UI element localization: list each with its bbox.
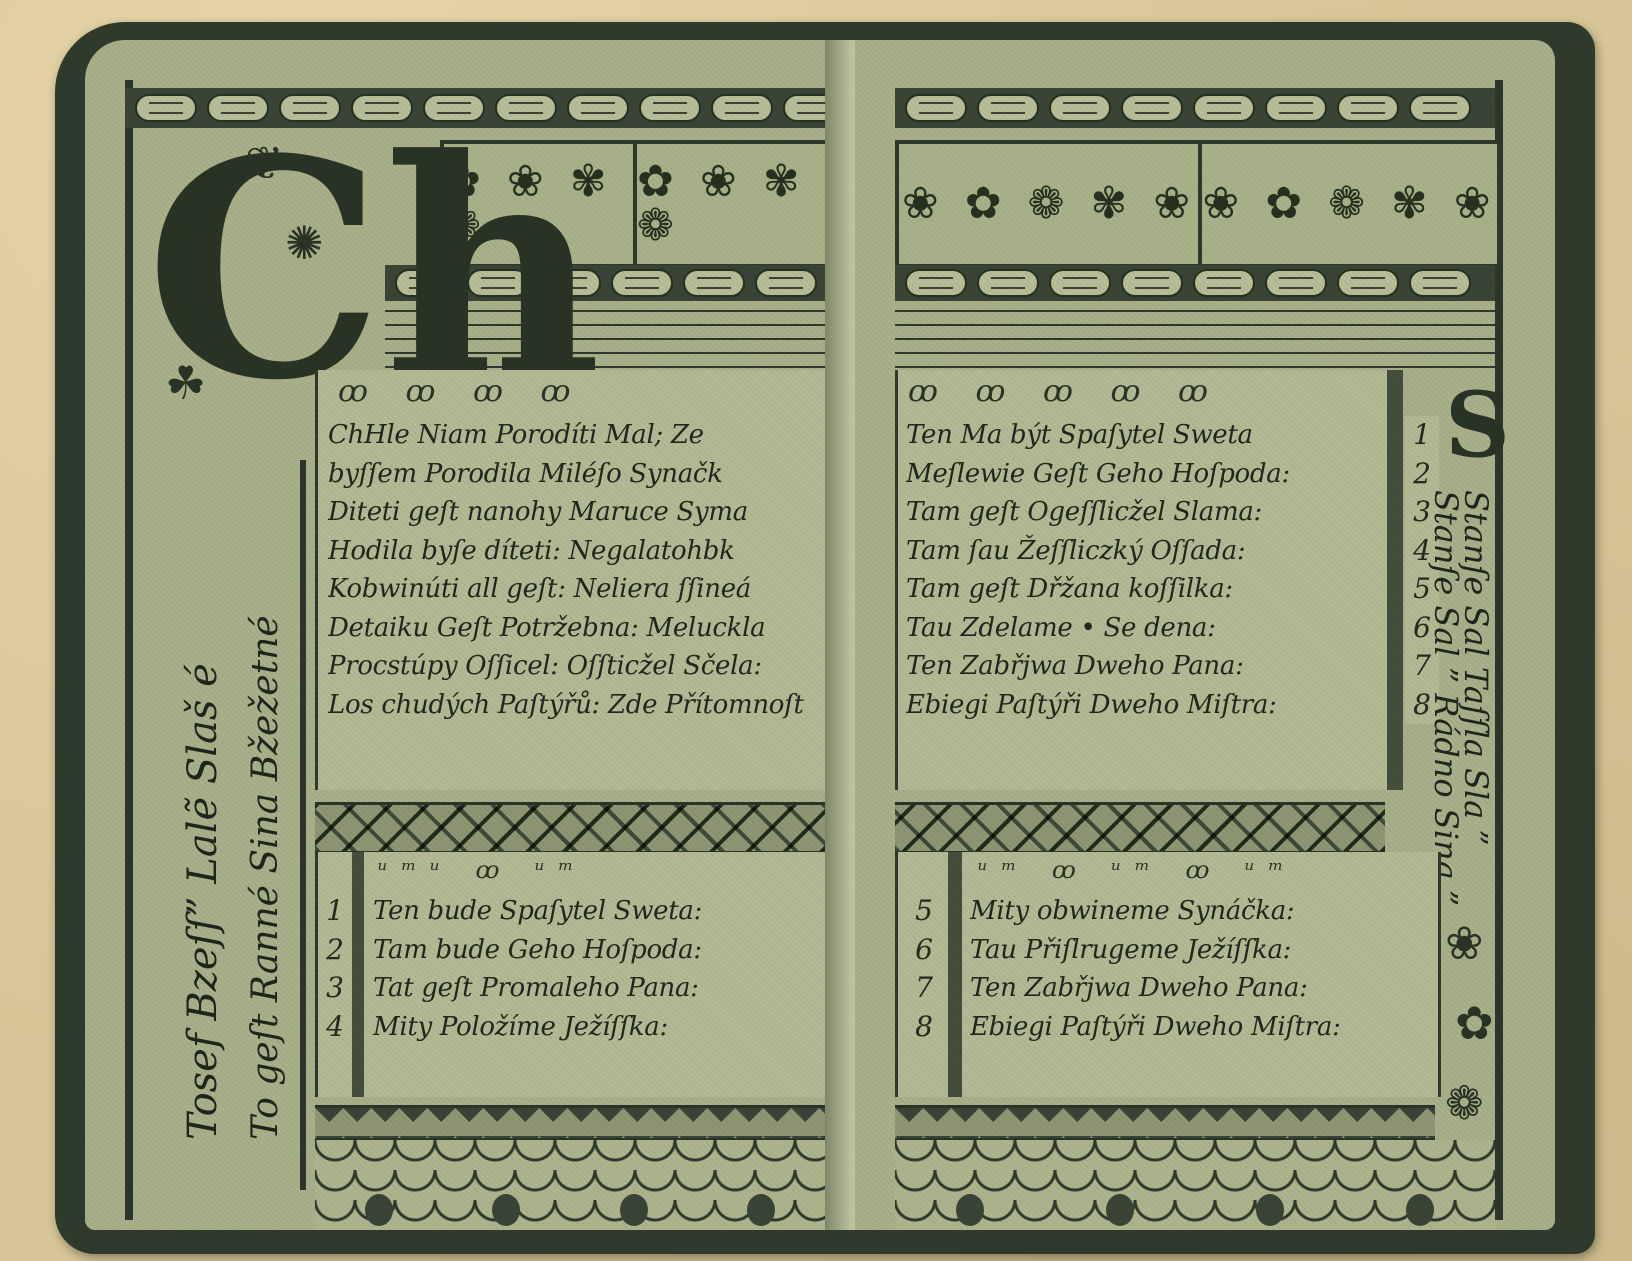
verse-line: Meſlewie Geſt Geho Hoſpoda:: [906, 455, 1381, 494]
oval-cartouche-icon: [1337, 94, 1399, 122]
oval-cartouche-icon: [683, 269, 745, 297]
verse-line: Tau Zdelame • Se dena:: [906, 609, 1381, 648]
margin-vertical-text-inner: To geſt Ranné Sina Bžežetné: [245, 615, 286, 1140]
left-page-outer-border: [125, 80, 133, 1220]
oval-cartouche-icon: [1265, 269, 1327, 297]
verse-line: Ten bude Spaſytel Sweta:: [373, 892, 823, 931]
oval-cartouche-icon: [1265, 94, 1327, 122]
verse-number-column: 1 2 3 4: [318, 892, 352, 1046]
number-column-divider: [352, 852, 364, 1097]
decorative-curls: ᵘᵐᵘ ꝏ ᵘᵐ: [378, 856, 587, 884]
lower-verse-lines: Ten bude Spaſytel Sweta: Tam bude Geho H…: [373, 892, 823, 1046]
decorative-curls: ꝏ ꝏ ꝏ ꝏ ꝏ: [908, 374, 1222, 409]
upper-verse-lines: Ten Ma být Spaſytel Sweta Meſlewie Geſt …: [906, 416, 1381, 724]
verse-line: Ten Zabřjwa Dweho Pana:: [906, 647, 1381, 686]
tulip-ornament-icon: ❦: [245, 140, 284, 186]
verse-number: 1: [318, 892, 352, 931]
oval-cartouche-icon: [639, 94, 701, 122]
oval-cartouche-icon: [711, 94, 773, 122]
flower-icon: ❀ ✿ ❁ ✾ ❀: [1202, 182, 1496, 226]
oval-cartouche-icon: [1049, 269, 1111, 297]
oval-cartouche-icon: [611, 269, 673, 297]
verse-number: 2: [318, 931, 352, 970]
floral-sprig-icon: ❁: [1445, 1080, 1484, 1126]
lower-verse-lines: Mity obwineme Synáčka: Tau Přiſlrugeme J…: [970, 892, 1430, 1046]
verse-number: 5: [904, 892, 944, 931]
dot-icon: [1106, 1194, 1134, 1226]
floral-panel: ✿ ❀ ✾ ❁: [633, 140, 831, 268]
verse-number-column: 5 6 7 8: [904, 892, 944, 1046]
verse-line: Ten Zabřjwa Dweho Pana:: [970, 969, 1430, 1008]
verse-line: Detaiku Geſt Potržebna: Meluckla: [328, 609, 823, 648]
verse-line: Tau Přiſlrugeme Ježíſſka:: [970, 931, 1430, 970]
oval-cartouche-icon: [1409, 94, 1471, 122]
verse-line: Tat geſt Promaleho Pana:: [373, 969, 823, 1008]
lower-verse-panel: 5 6 7 8 ᵘᵐ ꝏ ᵘᵐ ꝏ ᵘᵐ Mity obwineme Synáč…: [895, 852, 1441, 1097]
dot-icon: [747, 1194, 775, 1226]
oval-cartouche-icon: [977, 269, 1039, 297]
dot-icon: [365, 1194, 393, 1226]
left-page-inner-border: [300, 460, 306, 1190]
decorative-curls: ꝏ ꝏ ꝏ ꝏ: [338, 374, 585, 409]
open-book: ✿ ❀ ✾ ❁ ✿ ❀ ✾ ❁ Ch ❦ ✺ ☘ Tosef Bzeſſ” La…: [55, 22, 1595, 1254]
number-column-divider: [948, 852, 962, 1097]
dot-ornaments: [895, 1190, 1495, 1230]
oval-cartouche-icon: [1121, 94, 1183, 122]
number-column-divider: [1387, 370, 1403, 790]
verse-line: Ten Ma být Spaſytel Sweta: [906, 416, 1381, 455]
oval-cartouche-icon: [1337, 269, 1399, 297]
verse-line: Tam ſau Žeſſliczký Oſſada:: [906, 532, 1381, 571]
flower-icon: ✿ ❀ ✾ ❁: [637, 160, 827, 248]
upper-verse-panel: ꝏ ꝏ ꝏ ꝏ ꝏ Ten Ma být Spaſytel Sweta Meſl…: [895, 370, 1391, 790]
verse-line: byſſem Porodila Miléſo Synačk: [328, 455, 823, 494]
floral-sprig-icon: ✿: [1455, 1000, 1494, 1046]
lower-verse-panel: 1 2 3 4 ᵘᵐᵘ ꝏ ᵘᵐ Ten bude Spaſytel Sweta…: [315, 852, 831, 1097]
verse-line: Tam bude Geho Hoſpoda:: [373, 931, 823, 970]
upper-verse-lines: ChHle Niam Porodíti Mal; Ze byſſem Porod…: [328, 416, 823, 724]
right-page: ❀ ✿ ❁ ✾ ❀ ❀ ✿ ❁ ✾ ❀ ꝏ ꝏ ꝏ ꝏ ꝏ Ten Ma být…: [855, 40, 1555, 1230]
oval-cartouche-icon: [1409, 269, 1471, 297]
verse-line: Ebiegi Paſtýři Dweho Miſtra:: [906, 686, 1381, 725]
dot-icon: [1256, 1194, 1284, 1226]
flower-icon: ❀ ✿ ❁ ✾ ❀: [902, 182, 1196, 226]
dot-ornaments: [315, 1190, 825, 1230]
lattice-divider: [315, 802, 825, 854]
second-oval-band: [895, 265, 1495, 301]
lattice-divider: [895, 802, 1385, 854]
floral-panel: ❀ ✿ ❁ ✾ ❀: [895, 140, 1203, 268]
upper-verse-panel: ꝏ ꝏ ꝏ ꝏ ChHle Niam Porodíti Mal; Ze byſſ…: [315, 370, 831, 790]
dot-icon: [492, 1194, 520, 1226]
oval-cartouche-icon: [905, 94, 967, 122]
floral-sprig-icon: ❀: [1445, 920, 1484, 966]
floral-panel: ❀ ✿ ❁ ✾ ❀: [1198, 140, 1501, 268]
oval-cartouche-icon: [905, 269, 967, 297]
oval-cartouche-icon: [1193, 269, 1255, 297]
verse-line: Kobwinúti all geſt: Neliera ſſineá: [328, 570, 823, 609]
oval-cartouche-icon: [755, 269, 817, 297]
verse-number: 7: [904, 969, 944, 1008]
verse-line: Ebiegi Paſtýři Dweho Miſtra:: [970, 1008, 1430, 1047]
verse-line: Hodila byſe díteti: Negalatohbk: [328, 532, 823, 571]
margin-vertical-text-outer: Tosef Bzeſſ” Lalẽ Slaš é: [180, 663, 226, 1140]
verse-number: 8: [904, 1008, 944, 1047]
verse-line: Tam geſt Ogeſſlicžel Slama:: [906, 493, 1381, 532]
top-oval-band: [895, 88, 1495, 128]
verse-line: Procstúpy Oſſicel: Oſſticžel Sčela:: [328, 647, 823, 686]
verse-line: Diteti geſt nanohy Maruce Syma: [328, 493, 823, 532]
decorative-curls: ᵘᵐ ꝏ ᵘᵐ ꝏ ᵘᵐ: [978, 856, 1297, 884]
decorated-initial-s: S: [1445, 380, 1510, 470]
verse-number: 4: [318, 1008, 352, 1047]
oval-cartouche-icon: [1049, 94, 1111, 122]
margin-vertical-text-outer: Stanſe Sal ” Rádno Sina ”: [1427, 490, 1465, 906]
dot-icon: [1406, 1194, 1434, 1226]
verse-line: ChHle Niam Porodíti Mal; Ze: [328, 416, 823, 455]
verse-number: 1: [1405, 416, 1439, 455]
zigzag-divider: [315, 1105, 825, 1141]
verse-number: 2: [1405, 455, 1439, 494]
verse-line: Mity Položíme Ježíſſka:: [373, 1008, 823, 1047]
rosette-ornament-icon: ✺: [285, 220, 324, 266]
oval-cartouche-icon: [1121, 269, 1183, 297]
verse-line: Los chudých Paſtýřů: Zde Přítomnoſt: [328, 686, 823, 725]
verse-number: 3: [318, 969, 352, 1008]
verse-line: Tam geſt Dřžana koſſilka:: [906, 570, 1381, 609]
clover-ornament-icon: ☘: [165, 360, 206, 406]
oval-cartouche-icon: [977, 94, 1039, 122]
dot-icon: [956, 1194, 984, 1226]
verse-line: Mity obwineme Synáčka:: [970, 892, 1430, 931]
dot-icon: [620, 1194, 648, 1226]
verse-number: 6: [904, 931, 944, 970]
oval-cartouche-icon: [1193, 94, 1255, 122]
zigzag-divider: [895, 1105, 1435, 1141]
left-page: ✿ ❀ ✾ ❁ ✿ ❀ ✾ ❁ Ch ❦ ✺ ☘ Tosef Bzeſſ” La…: [85, 40, 845, 1230]
